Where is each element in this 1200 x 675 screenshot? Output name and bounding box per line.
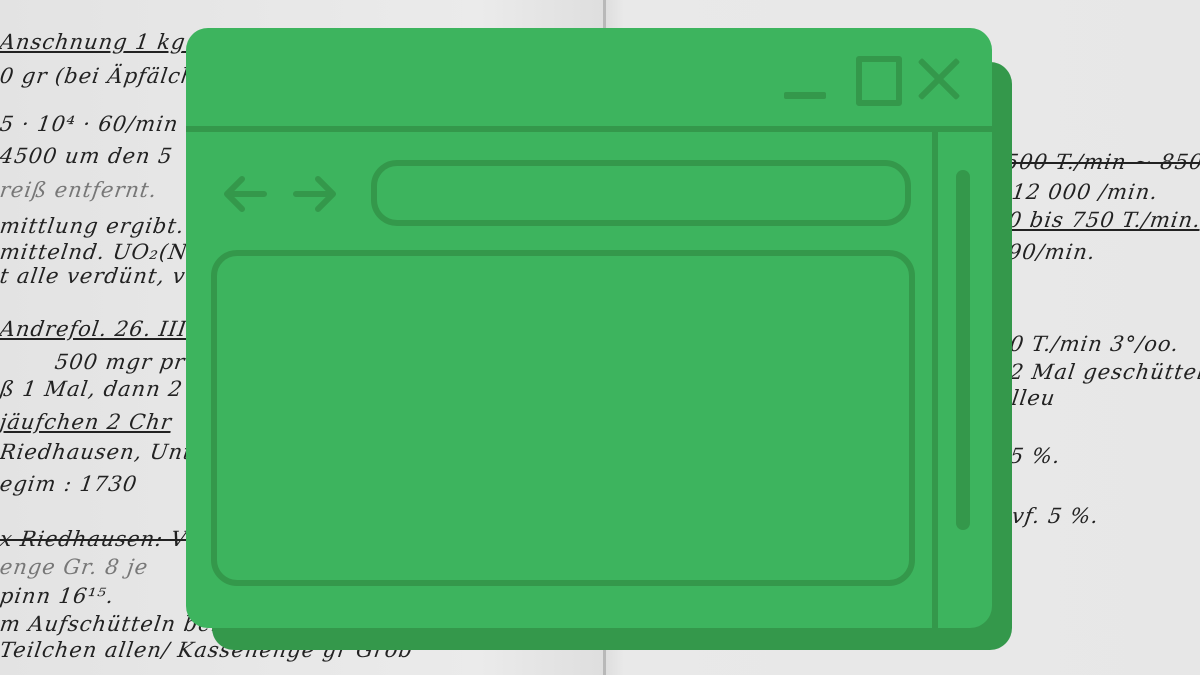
handwritten-line: reiß entfernt. xyxy=(0,178,159,202)
handwritten-line: enge Gr. 8 je xyxy=(0,555,150,579)
handwritten-line: egim : 1730 xyxy=(0,472,139,496)
handwritten-line: 5 · 10⁴ · 60/min " xyxy=(0,112,199,136)
handwritten-line: x Riedhausen: Vie xyxy=(0,527,210,551)
handwritten-line: 5 %. xyxy=(1008,444,1062,468)
handwritten-line: 2 Mal geschüttelt xyxy=(1008,360,1200,384)
titlebar-divider xyxy=(186,126,992,132)
handwritten-line: mittlung ergibt. xyxy=(0,214,186,238)
handwritten-line: pinn 16¹⁵. xyxy=(0,584,116,608)
handwritten-line: 90/min. xyxy=(1006,240,1097,264)
arrow-right-icon xyxy=(290,174,340,214)
handwritten-line: 4500 um den 5 xyxy=(0,144,174,168)
handwritten-line: ß 1 Mal, dann 2 xyxy=(0,377,185,401)
content-viewport xyxy=(211,250,915,586)
forward-button[interactable] xyxy=(290,174,340,214)
scrollbar-thumb[interactable] xyxy=(956,170,970,530)
minimize-icon[interactable] xyxy=(784,92,826,99)
handwritten-line: 0 bis 750 T./min. xyxy=(1006,208,1200,232)
handwritten-line: lleu xyxy=(1010,386,1057,410)
handwritten-line: 500 T./min ~ 850000 xyxy=(1003,150,1200,174)
maximize-icon[interactable] xyxy=(856,56,902,106)
handwritten-line: 12 000 /min. xyxy=(1010,180,1159,204)
handwritten-line: vf. 5 %. xyxy=(1010,504,1100,528)
handwritten-line: jäufchen 2 Chr xyxy=(0,410,174,434)
handwritten-line: 0 T./min 3°/oo. xyxy=(1008,332,1180,356)
handwritten-line: Andrefol. 26. III. xyxy=(0,317,196,341)
handwritten-line: 500 mgr pr xyxy=(53,350,187,374)
scrollbar-divider xyxy=(932,132,938,628)
browser-window xyxy=(186,28,992,628)
address-bar[interactable] xyxy=(371,160,911,226)
handwritten-line: mittelnd. UO₂(NO₃ xyxy=(0,240,217,264)
back-button[interactable] xyxy=(220,174,270,214)
arrow-left-icon xyxy=(220,174,270,214)
close-icon[interactable] xyxy=(916,56,962,102)
